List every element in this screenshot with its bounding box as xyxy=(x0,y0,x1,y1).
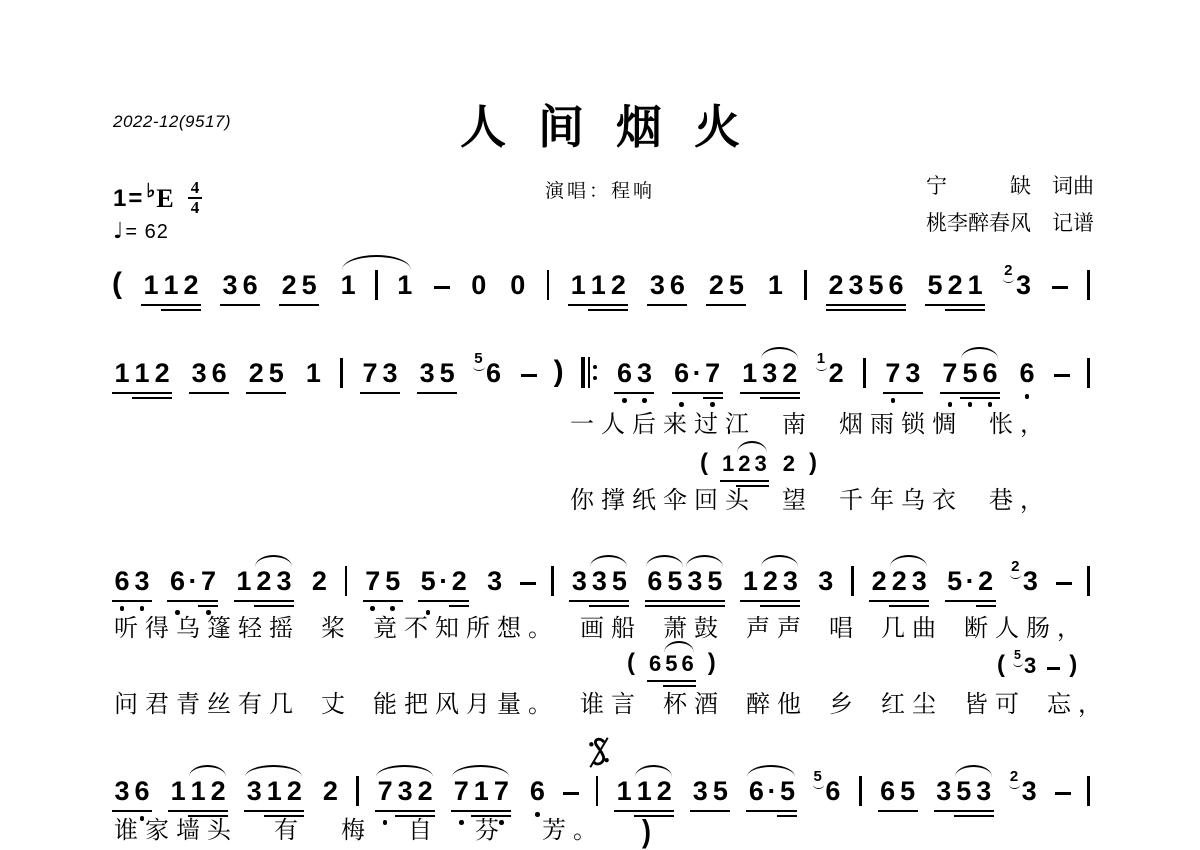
note-group: 112 xyxy=(614,776,674,806)
lyric-segment: 问君青丝有几 xyxy=(114,689,300,721)
note: 2 xyxy=(608,270,628,300)
note: 6 xyxy=(1017,358,1037,388)
barline xyxy=(356,776,359,806)
augmentation-dot: · xyxy=(187,566,198,596)
key-signature: 1=♭E 4 4 xyxy=(113,180,202,218)
low-octave-dot xyxy=(968,402,973,407)
barline xyxy=(375,270,378,300)
note: 7 xyxy=(198,566,218,596)
note: 0 xyxy=(469,270,489,300)
underline-sixteenth xyxy=(198,605,218,607)
note: 3 xyxy=(1020,566,1040,596)
low-octave-dot xyxy=(679,402,684,407)
note: 5 xyxy=(945,566,965,596)
note-group: 36 xyxy=(220,270,260,300)
meter-denominator: 4 xyxy=(188,199,203,217)
tie-arc xyxy=(342,255,411,270)
note: 2 xyxy=(246,358,266,388)
note-group: 75 xyxy=(363,566,403,596)
lyric-segment: 南 xyxy=(782,409,813,441)
note: 3 xyxy=(816,566,836,596)
repeat-start-sign xyxy=(581,357,598,388)
underline-sixteenth xyxy=(663,685,696,687)
note: 1 xyxy=(395,270,415,300)
duration-dash xyxy=(520,582,536,585)
note: 2 xyxy=(760,566,780,596)
note: 2 xyxy=(449,566,469,596)
grace-note: 2 xyxy=(1011,559,1019,574)
note: 5 xyxy=(609,566,629,596)
slur-arc xyxy=(255,555,292,567)
note: 3 xyxy=(189,358,209,388)
note: 3 xyxy=(485,566,505,596)
underline-eighth xyxy=(645,600,725,602)
underline-eighth xyxy=(925,304,985,306)
low-octave-dot xyxy=(1025,394,1030,399)
phrase-paren: ( xyxy=(627,650,635,676)
underline-eighth xyxy=(244,810,304,812)
segno-icon xyxy=(587,736,611,769)
note: 3 xyxy=(753,452,769,476)
note: 7 xyxy=(703,358,723,388)
underline-eighth xyxy=(451,810,511,812)
note: 3 xyxy=(132,566,152,596)
note: 3 xyxy=(1019,776,1039,806)
note-group: 123 xyxy=(234,566,294,596)
low-octave-dot xyxy=(370,606,375,611)
underline-eighth xyxy=(112,600,152,602)
lyrics-row-3: 听得乌篷轻摇桨竟不知所想。画船萧鼓声声唱几曲断人肠， xyxy=(114,613,1088,645)
note: 1 xyxy=(168,776,188,806)
lyric-segment: 几曲 xyxy=(881,613,943,645)
note: 2 xyxy=(654,776,674,806)
note: 7 xyxy=(375,776,395,806)
music-line-3: 636·71232755·23335653512332235·223 xyxy=(112,566,1090,596)
note-group: 132 xyxy=(740,358,800,388)
barline xyxy=(345,566,348,596)
rdot xyxy=(593,376,597,380)
note: 3 xyxy=(112,776,132,806)
note: 1 xyxy=(303,358,323,388)
note-group: 6 xyxy=(527,776,547,806)
note-group: 1 xyxy=(303,358,323,388)
note-group: 0 xyxy=(469,270,489,300)
note: 5 xyxy=(418,566,438,596)
note: 6 xyxy=(167,566,187,596)
note: 3 xyxy=(934,776,954,806)
note-group: 36 xyxy=(189,358,229,388)
augmentation-dot: · xyxy=(766,776,777,806)
note: 5 xyxy=(925,270,945,300)
note: 2 xyxy=(279,270,299,300)
note-group: 53 xyxy=(1014,654,1038,678)
time-signature: 4 4 xyxy=(188,179,203,217)
underline-eighth xyxy=(740,392,800,394)
lyric-segment: 唱 xyxy=(829,613,860,645)
note-group: 6·7 xyxy=(167,566,218,596)
lyric-segment: 萧鼓 xyxy=(663,613,725,645)
note: 1 xyxy=(161,270,181,300)
note: 1 xyxy=(740,566,760,596)
note: 6 xyxy=(209,358,229,388)
note: 7 xyxy=(451,776,471,806)
underline-sixteenth xyxy=(132,397,172,399)
underline-eighth xyxy=(234,600,294,602)
note-group: 5·2 xyxy=(418,566,469,596)
underline-eighth xyxy=(706,304,746,306)
phrase-paren: ) xyxy=(554,356,564,388)
slur-arc xyxy=(635,765,672,777)
duration-dash xyxy=(1056,582,1072,585)
note-group: 6·5 xyxy=(746,776,797,806)
slur-arc xyxy=(761,555,798,567)
inline-phrase-3: (53) xyxy=(997,652,1077,678)
note-group: 56 xyxy=(474,358,503,388)
note: 1 xyxy=(471,776,491,806)
note: 3 xyxy=(395,776,415,806)
underline-eighth xyxy=(112,392,172,394)
underline-eighth xyxy=(112,810,152,812)
slur-arc xyxy=(955,765,992,777)
note: 1 xyxy=(965,270,985,300)
underline-sixteenth xyxy=(645,605,725,607)
note: 2 xyxy=(945,270,965,300)
note: 1 xyxy=(720,452,736,476)
underline-sixteenth xyxy=(760,605,800,607)
note: 3 xyxy=(974,776,994,806)
barline xyxy=(1087,358,1090,388)
note: 2 xyxy=(736,452,752,476)
underline-sixteenth xyxy=(161,309,201,311)
lyric-segment: 听得乌篷轻摇 xyxy=(114,613,300,645)
note: 3 xyxy=(635,358,655,388)
phrase-paren: ) xyxy=(809,450,817,476)
phrase-paren: ( xyxy=(997,652,1005,678)
note: 2 xyxy=(826,358,846,388)
note: 6 xyxy=(112,566,132,596)
lyric-segment: 丈 xyxy=(321,689,352,721)
note: 6 xyxy=(672,358,692,388)
note-group: 12 xyxy=(817,358,846,388)
rdot xyxy=(593,365,597,369)
underline-eighth xyxy=(672,392,723,394)
duration-dash xyxy=(1055,792,1071,795)
underline-eighth xyxy=(934,810,994,812)
note: 1 xyxy=(112,358,132,388)
underline-eighth xyxy=(569,600,629,602)
note: 2 xyxy=(208,776,228,806)
lyricist-composer-line: 宁 缺 词曲 xyxy=(926,168,1094,205)
underline-sixteenth xyxy=(826,309,906,311)
note-group: 56 xyxy=(814,776,843,806)
key-tonic: E xyxy=(156,186,173,212)
slur-arc xyxy=(961,347,998,359)
underline-eighth xyxy=(945,600,996,602)
note: 6 xyxy=(645,566,665,596)
lyric-segment: 有 xyxy=(274,815,305,847)
note-group: 35 xyxy=(417,358,457,388)
underline-eighth xyxy=(720,480,769,482)
inline-phrase-1: (1232) xyxy=(700,450,817,476)
note: 3 xyxy=(244,776,264,806)
low-octave-dot xyxy=(710,402,715,407)
note-group: 123 xyxy=(740,566,800,596)
lyric-segment: 醉他 xyxy=(746,689,808,721)
note: 5 xyxy=(898,776,918,806)
note-group: 25 xyxy=(706,270,746,300)
lyric-segment: 画船 xyxy=(580,613,642,645)
note-group: 6535 xyxy=(645,566,725,596)
composer-credits: 宁 缺 词曲 桃李醉春风 记谱 xyxy=(926,168,1094,242)
note: 7 xyxy=(360,358,380,388)
slur-arc xyxy=(376,765,433,777)
note: 3 xyxy=(380,358,400,388)
note: 5 xyxy=(777,776,797,806)
note-group: 2 xyxy=(309,566,329,596)
note-group: 36 xyxy=(112,776,152,806)
inline-phrase-2: (656) xyxy=(627,650,716,676)
note: 6 xyxy=(484,358,504,388)
lyrics-row-2: 你撑纸伞回头望千年乌衣巷， xyxy=(570,485,1051,517)
note: 5 xyxy=(299,270,319,300)
barline xyxy=(596,776,599,806)
tied-notes: 11 xyxy=(338,270,415,300)
note-group: 65 xyxy=(878,776,918,806)
note-group: 123 xyxy=(720,452,769,476)
lyric-segment: 自 xyxy=(408,815,439,847)
underline-eighth xyxy=(375,810,435,812)
note-group: 6·7 xyxy=(672,358,723,388)
note: 3 xyxy=(690,776,710,806)
underline-eighth xyxy=(220,304,260,306)
note-group: 23 xyxy=(1011,566,1040,596)
lyric-segment: 你撑纸伞回头 xyxy=(570,485,756,517)
note-group: 23 xyxy=(1004,270,1033,300)
music-line-2: 11236251733556)636·713212737566 xyxy=(112,356,1090,388)
underline-sixteenth xyxy=(777,815,797,817)
lyric-segment: 红尘 xyxy=(881,689,943,721)
underline-eighth xyxy=(168,810,228,812)
note: 5 xyxy=(437,358,457,388)
note-group: 2356 xyxy=(826,270,906,300)
note: 6 xyxy=(746,776,766,806)
note-group: 2 xyxy=(320,776,340,806)
note: 5 xyxy=(383,566,403,596)
low-octave-dot xyxy=(642,398,647,403)
duration-dash xyxy=(1054,374,1070,377)
barline xyxy=(551,566,554,596)
note: 2 xyxy=(320,776,340,806)
note: 6 xyxy=(823,776,843,806)
underline-eighth xyxy=(568,304,628,306)
note-group: 25 xyxy=(279,270,319,300)
note-group: 3 xyxy=(485,566,505,596)
note: 6 xyxy=(614,358,634,388)
note: 5 xyxy=(665,566,685,596)
note-group: 732 xyxy=(375,776,435,806)
repeat-thick-bar xyxy=(581,357,586,388)
lyrics-row-4: 问君青丝有几丈能把风月量。谁言杯酒醉他乡红尘皆可忘， xyxy=(114,689,1109,721)
note: 5 xyxy=(705,566,725,596)
barline xyxy=(547,270,550,300)
note: 1 xyxy=(234,566,254,596)
note: 6 xyxy=(878,776,898,806)
note-group: 335 xyxy=(569,566,629,596)
augmentation-dot: · xyxy=(438,566,449,596)
note: 2 xyxy=(254,566,274,596)
note-group: 2 xyxy=(781,452,797,476)
lyric-segment: 望 xyxy=(782,485,813,517)
tempo-value: = 62 xyxy=(125,219,168,245)
underline-eighth xyxy=(279,304,319,306)
note: 3 xyxy=(417,358,437,388)
underline-eighth xyxy=(647,680,696,682)
lyric-segment: 一人后来过江 xyxy=(570,409,756,441)
underline-eighth xyxy=(360,392,400,394)
underline-eighth xyxy=(141,304,201,306)
note: 2 xyxy=(706,270,726,300)
lyrics-row-5: 谁家墙头有梅自芬芳。) xyxy=(114,815,658,847)
underline-eighth xyxy=(690,810,730,812)
underline-sixteenth xyxy=(954,815,994,817)
note-group: 36 xyxy=(647,270,687,300)
note: 1 xyxy=(765,270,785,300)
augmentation-dot: · xyxy=(965,566,976,596)
note: 3 xyxy=(1022,654,1038,678)
note: 1 xyxy=(568,270,588,300)
meter-numerator: 4 xyxy=(188,179,203,199)
slur-arc xyxy=(890,555,927,567)
note: 3 xyxy=(780,566,800,596)
flat-icon: ♭ xyxy=(146,182,155,201)
note-group: 717 xyxy=(451,776,511,806)
note: 5 xyxy=(954,776,974,806)
note-group: 63 xyxy=(614,358,654,388)
underline-eighth xyxy=(614,392,654,394)
note: 0 xyxy=(508,270,528,300)
lyric-segment: 皆可 xyxy=(964,689,1026,721)
key-prefix: 1= xyxy=(113,186,144,212)
music-line-4: 3611231227327176112356·5566535323 xyxy=(112,776,1090,806)
underline-eighth xyxy=(869,600,929,602)
lyric-segment: 声声 xyxy=(746,613,808,645)
underline-eighth xyxy=(189,392,229,394)
note-group: 112 xyxy=(568,270,628,300)
note: 3 xyxy=(589,566,609,596)
lyric-segment: 杯酒 xyxy=(663,689,725,721)
lyric-segment: 怅， xyxy=(989,409,1051,441)
note-group: 1 xyxy=(395,270,415,300)
low-octave-dot xyxy=(140,606,145,611)
note: 3 xyxy=(220,270,240,300)
note: 2 xyxy=(889,566,909,596)
section-end-mark: ) xyxy=(642,815,658,850)
underline-eighth xyxy=(740,600,800,602)
underline-sixteenth xyxy=(945,309,985,311)
grace-note: 5 xyxy=(814,769,822,784)
underline-eighth xyxy=(647,304,687,306)
note-group: 73 xyxy=(883,358,923,388)
note: 6 xyxy=(647,652,663,676)
underline-eighth xyxy=(746,810,797,812)
repeat-thin-bar xyxy=(588,357,590,388)
grace-note: 5 xyxy=(1014,649,1021,662)
low-octave-dot xyxy=(891,398,896,403)
note: 3 xyxy=(903,358,923,388)
slur-arc xyxy=(646,555,683,567)
underline-eighth xyxy=(878,810,918,812)
note-group: 223 xyxy=(869,566,929,596)
barline xyxy=(1087,270,1090,300)
underline-sixteenth xyxy=(760,397,800,399)
phrase-paren: ( xyxy=(700,450,708,476)
note: 5 xyxy=(960,358,980,388)
song-title: 人间烟火 xyxy=(0,103,1200,153)
barline xyxy=(804,270,807,300)
barline xyxy=(859,776,862,806)
slur-arc xyxy=(245,765,302,777)
grace-note: 2 xyxy=(1004,263,1012,278)
slur-arc xyxy=(761,347,798,359)
augmentation-dot: · xyxy=(692,358,703,388)
note: 1 xyxy=(132,358,152,388)
duration-dash xyxy=(563,792,579,795)
slur-arc xyxy=(590,555,627,567)
note-group: 73 xyxy=(360,358,400,388)
underline-eighth xyxy=(940,392,1000,394)
underline-eighth xyxy=(826,304,906,306)
note-group: 1 xyxy=(338,270,358,300)
low-octave-dot xyxy=(390,606,395,611)
phrase-paren: ) xyxy=(708,650,716,676)
note: 3 xyxy=(647,270,667,300)
note-group: 35 xyxy=(690,776,730,806)
lyric-segment: 乡 xyxy=(829,689,860,721)
slur-arc xyxy=(747,765,795,777)
lyric-segment: 竟不知所想。 xyxy=(373,613,559,645)
low-octave-dot xyxy=(622,398,627,403)
underline-eighth xyxy=(167,600,218,602)
note-group: 5·2 xyxy=(945,566,996,596)
underline-sixteenth xyxy=(703,397,723,399)
note: 5 xyxy=(726,270,746,300)
note: 1 xyxy=(141,270,161,300)
note-group: 6 xyxy=(1017,358,1037,388)
note: 1 xyxy=(338,270,358,300)
grace-note: 2 xyxy=(1010,769,1018,784)
lyric-segment: 谁家墙头 xyxy=(114,815,238,847)
note: 3 xyxy=(760,358,780,388)
note: 2 xyxy=(869,566,889,596)
phrase-paren: ) xyxy=(1069,652,1077,678)
underline-sixteenth xyxy=(976,605,996,607)
note-group: 23 xyxy=(1010,776,1039,806)
note: 6 xyxy=(527,776,547,806)
lyrics-row-1: 一人后来过江南烟雨锁惆怅， xyxy=(570,409,1051,441)
note: 2 xyxy=(780,358,800,388)
note: 2 xyxy=(152,358,172,388)
note: 5 xyxy=(866,270,886,300)
underline-eighth xyxy=(883,392,923,394)
underline-sixteenth xyxy=(960,397,1000,399)
note: 3 xyxy=(909,566,929,596)
note: 7 xyxy=(491,776,511,806)
note: 2 xyxy=(181,270,201,300)
barline xyxy=(340,358,343,388)
note: 2 xyxy=(826,270,846,300)
note: 2 xyxy=(284,776,304,806)
note-group: 353 xyxy=(934,776,994,806)
